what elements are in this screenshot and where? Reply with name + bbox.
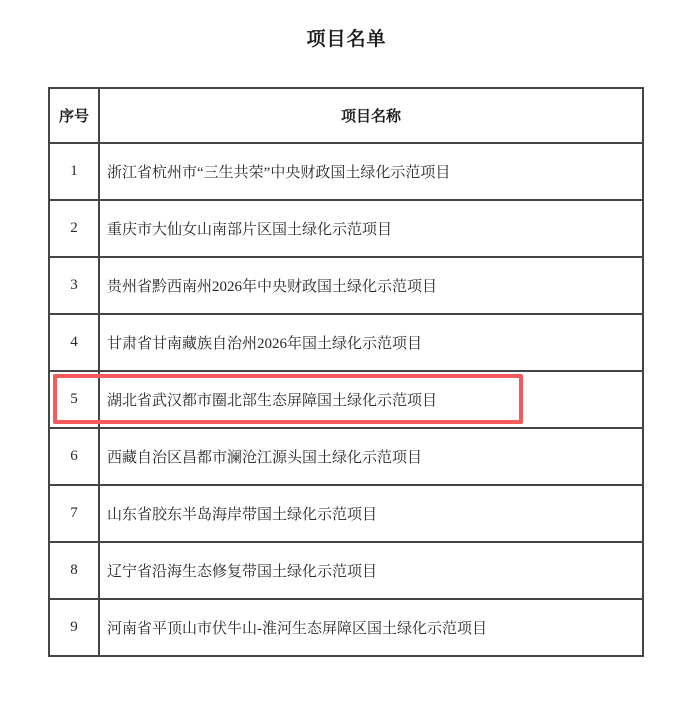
project-name-cell: 重庆市大仙女山南部片区国土绿化示范项目 [99, 200, 643, 257]
project-name-cell: 湖北省武汉都市圈北部生态屏障国土绿化示范项目 [99, 371, 643, 428]
row-number-cell: 6 [49, 428, 99, 485]
column-header-no: 序号 [49, 88, 99, 143]
table-row: 7 山东省胶东半岛海岸带国土绿化示范项目 [49, 485, 643, 542]
page-title: 项目名单 [0, 24, 693, 51]
table-header-row: 序号 项目名称 [49, 88, 643, 143]
project-name-cell: 甘肃省甘南藏族自治州2026年国土绿化示范项目 [99, 314, 643, 371]
project-name-cell: 山东省胶东半岛海岸带国土绿化示范项目 [99, 485, 643, 542]
project-name-cell: 贵州省黔西南州2026年中央财政国土绿化示范项目 [99, 257, 643, 314]
row-number-cell: 3 [49, 257, 99, 314]
project-name-cell: 辽宁省沿海生态修复带国土绿化示范项目 [99, 542, 643, 599]
row-number-cell: 2 [49, 200, 99, 257]
project-name-cell: 浙江省杭州市“三生共荣”中央财政国土绿化示范项目 [99, 143, 643, 200]
column-header-name: 项目名称 [99, 88, 643, 143]
project-name-cell: 河南省平顶山市伏牛山-淮河生态屏障区国土绿化示范项目 [99, 599, 643, 656]
table-row: 4 甘肃省甘南藏族自治州2026年国土绿化示范项目 [49, 314, 643, 371]
row-number-cell: 1 [49, 143, 99, 200]
project-name-cell: 西藏自治区昌都市澜沧江源头国土绿化示范项目 [99, 428, 643, 485]
row-number-cell: 7 [49, 485, 99, 542]
table-row: 8 辽宁省沿海生态修复带国土绿化示范项目 [49, 542, 643, 599]
table-row: 2 重庆市大仙女山南部片区国土绿化示范项目 [49, 200, 643, 257]
table-row: 9 河南省平顶山市伏牛山-淮河生态屏障区国土绿化示范项目 [49, 599, 643, 656]
table-row: 1 浙江省杭州市“三生共荣”中央财政国土绿化示范项目 [49, 143, 643, 200]
row-number-cell: 9 [49, 599, 99, 656]
table-row: 3 贵州省黔西南州2026年中央财政国土绿化示范项目 [49, 257, 643, 314]
row-number-cell: 4 [49, 314, 99, 371]
project-table: 序号 项目名称 1 浙江省杭州市“三生共荣”中央财政国土绿化示范项目 2 重庆市… [48, 87, 644, 657]
row-number-cell: 5 [49, 371, 99, 428]
table-row: 6 西藏自治区昌都市澜沧江源头国土绿化示范项目 [49, 428, 643, 485]
table-row-highlighted: 5 湖北省武汉都市圈北部生态屏障国土绿化示范项目 [49, 371, 643, 428]
row-number-cell: 8 [49, 542, 99, 599]
